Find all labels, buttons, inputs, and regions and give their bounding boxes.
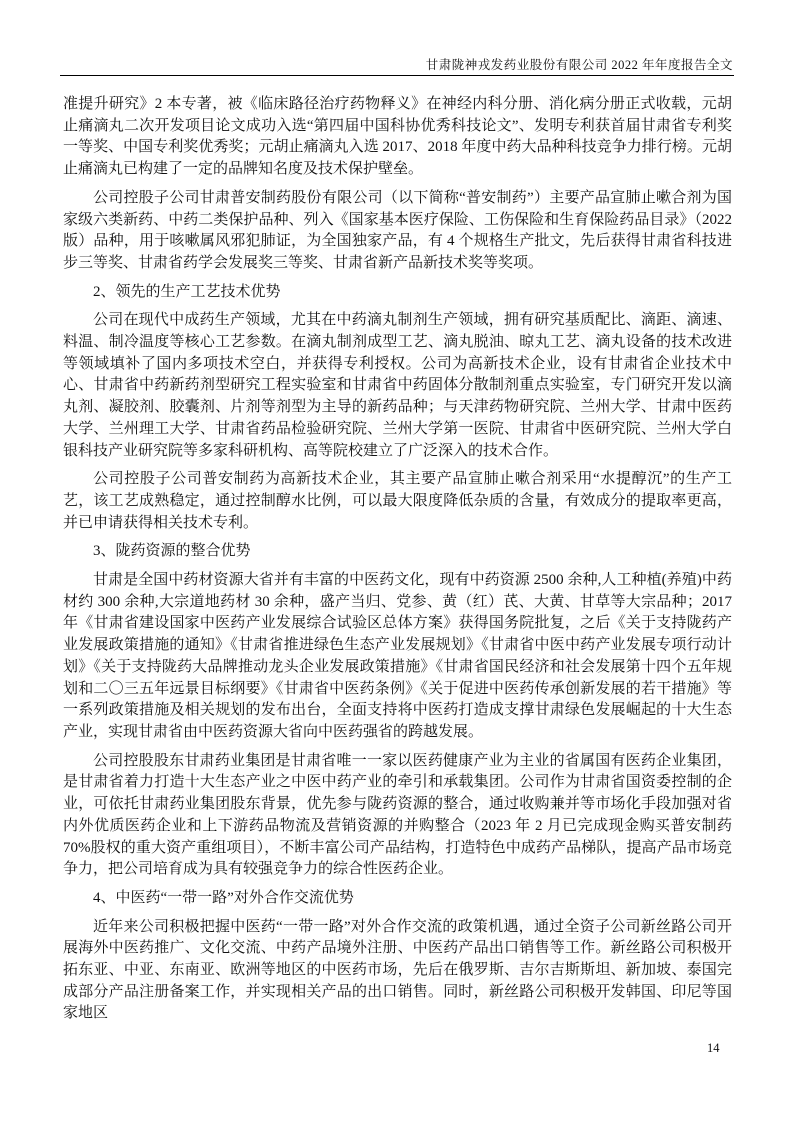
document-body: 准提升研究》2 本专著，被《临床路径治疗药物释义》在神经内科分册、消化病分册正式… bbox=[63, 94, 732, 1032]
paragraph: 公司控股子公司普安制药为高新技术企业，其主要产品宣肺止嗽合剂采用“水提醇沉”的生… bbox=[63, 469, 732, 534]
report-page: 甘肃陇神戎发药业股份有限公司 2022 年年度报告全文 准提升研究》2 本专著，… bbox=[0, 0, 793, 1122]
section-heading-2: 2、领先的生产工艺技术优势 bbox=[63, 282, 732, 304]
section-heading-4: 4、中医药“一带一路”对外合作交流优势 bbox=[63, 888, 732, 910]
paragraph: 公司控股子公司甘肃普安制药股份有限公司（以下简称“普安制药”）主要产品宣肺止嗽合… bbox=[63, 188, 732, 275]
paragraph: 甘肃是全国中药材资源大省并有丰富的中医药文化，现有中药资源 2500 余种,人工… bbox=[63, 570, 732, 744]
header-divider-rule bbox=[60, 75, 734, 76]
paragraph: 公司在现代中成药生产领域，尤其在中药滴丸制剂生产领域，拥有研究基质配比、滴距、滴… bbox=[63, 310, 732, 462]
page-number: 14 bbox=[707, 1041, 720, 1056]
section-heading-3: 3、陇药资源的整合优势 bbox=[63, 541, 732, 563]
report-header-title: 甘肃陇神戎发药业股份有限公司 2022 年年度报告全文 bbox=[426, 55, 733, 73]
paragraph-continuation: 准提升研究》2 本专著，被《临床路径治疗药物释义》在神经内科分册、消化病分册正式… bbox=[63, 94, 732, 181]
paragraph: 近年来公司积极把握中医药“一带一路”对外合作交流的政策机遇，通过全资子公司新丝路… bbox=[63, 917, 732, 1026]
paragraph: 公司控股股东甘肃药业集团是甘肃省唯一一家以医药健康产业为主业的省属国有医药企业集… bbox=[63, 751, 732, 881]
